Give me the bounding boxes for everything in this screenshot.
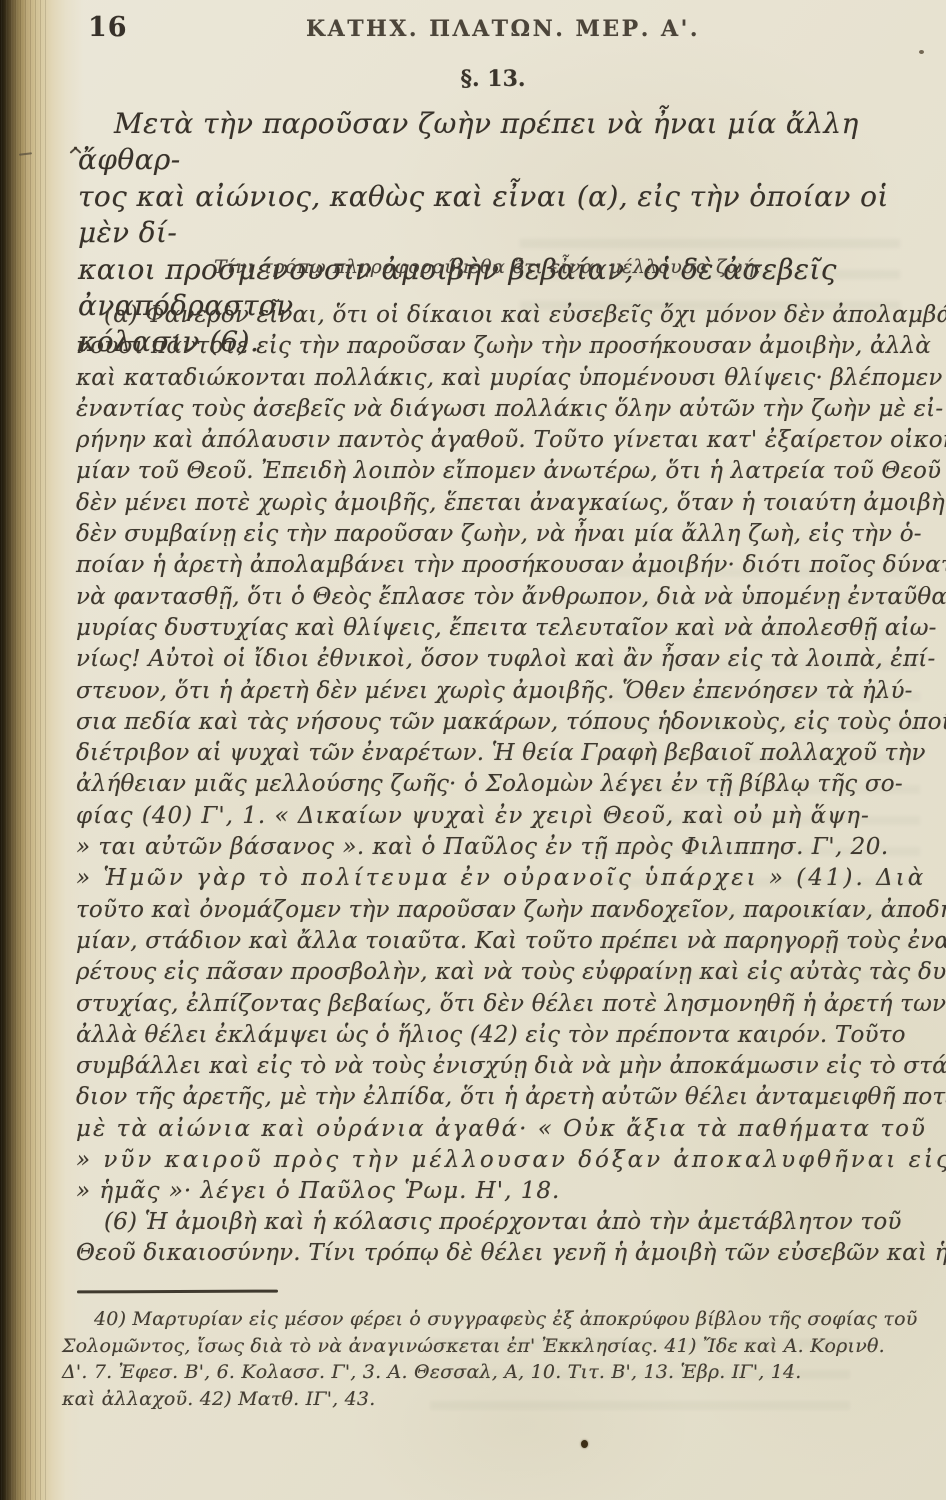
text-line: Θεοῦ δικαιοσύνην. Τίνι τρόπῳ δὲ θέλει γε…: [76, 1238, 924, 1269]
text-line: (6) Ἡ ἀμοιβὴ καὶ ἡ κόλασις προέρχονται ἀ…: [76, 1207, 924, 1238]
text-line: σια πεδία καὶ τὰς νήσους τῶν μακάρων, τό…: [76, 707, 924, 738]
text-line: συμβάλλει καὶ εἰς τὸ νὰ τοὺς ἐνισχύῃ διὰ…: [76, 1051, 924, 1082]
section-heading: §. 13.: [80, 66, 906, 92]
text-line: μὲ τὰ αἰώνια καὶ οὐράνια ἀγαθά· « Οὐκ ἄξ…: [76, 1114, 924, 1145]
catechism-question: Τίνι τρόπῳ πληροφορούμεθα ὅτι εἶναι μέλλ…: [90, 256, 886, 278]
text-line: καὶ καταδιώκονται πολλάκις, καὶ μυρίας ὑ…: [76, 363, 924, 394]
text-line: τοῦτο καὶ ὀνομάζομεν τὴν παροῦσαν ζωὴν π…: [76, 895, 924, 926]
text-line: » ἡμᾶς »· λέγει ὁ Παῦλος Ῥωμ. Η', 18.: [76, 1176, 924, 1207]
paragraph-b: (6) Ἡ ἀμοιβὴ καὶ ἡ κόλασις προέρχονται ἀ…: [76, 1207, 924, 1270]
text-line: ἀλλὰ θέλει ἐκλάμψει ὡς ὁ ἥλιος (42) εἰς …: [76, 1020, 924, 1051]
text-line: νουσι πάντοτε εἰς τὴν παροῦσαν ζωὴν τὴν …: [76, 331, 924, 362]
text-line: καὶ ἀλλαχοῦ. 42) Ματθ. ΙΓ', 43.: [62, 1386, 928, 1413]
text-line: ρέτους εἰς πᾶσαν προσβολὴν, καὶ νὰ τοὺς …: [76, 957, 924, 988]
text-line: δὲν μένει ποτὲ χωρὶς ἀμοιβῆς, ἕπεται ἀνα…: [76, 488, 924, 519]
text-line: ἀλήθειαν μιᾶς μελλούσης ζωῆς· ὁ Σολομὼν …: [76, 769, 924, 800]
text-line: στυχίας, ἐλπίζοντας βεβαίως, ὅτι δὲν θέλ…: [76, 989, 924, 1020]
text-line: Σολομῶντος, ἴσως διὰ τὸ νὰ ἀναγινώσκεται…: [62, 1333, 928, 1360]
text-line: Μετὰ τὴν παροῦσαν ζωὴν πρέπει νὰ ἦναι μί…: [78, 106, 916, 179]
text-line: φίας (40) Γ', 1. « Δικαίων ψυχαὶ ἐν χειρ…: [76, 801, 924, 832]
text-line: » νῦν καιροῦ πρὸς τὴν μέλλουσαν δόξαν ἀπ…: [76, 1145, 924, 1176]
text-line: διέτριβον αἱ ψυχαὶ τῶν ἐναρέτων. Ἡ θεία …: [76, 738, 924, 769]
book-binding-edge: [0, 0, 84, 1500]
text-line: ἐναντίας τοὺς ἀσεβεῖς νὰ διάγωσι πολλάκι…: [76, 394, 924, 425]
text-line: » ται αὐτῶν βάσανος ». καὶ ὁ Παῦλος ἐν τ…: [76, 832, 924, 863]
text-line: μίαν τοῦ Θεοῦ. Ἐπειδὴ λοιπὸν εἴπομεν ἀνω…: [76, 456, 924, 487]
text-line: νὰ φαντασθῇ, ὅτι ὁ Θεὸς ἔπλασε τὸν ἄνθρω…: [76, 582, 924, 613]
text-line: 40) Μαρτυρίαν εἰς μέσον φέρει ὁ συγγραφε…: [62, 1306, 928, 1333]
footnote-rule: [77, 1290, 278, 1294]
text-line: Δ'. 7. Ἐφεσ. Β', 6. Κολασσ. Γ', 3. Α. Θε…: [62, 1359, 928, 1386]
text-line: νίως! Αὐτοὶ οἱ ἴδιοι ἐθνικοὶ, ὅσον τυφλο…: [76, 644, 924, 675]
text-line: (α) Φανερὸν εἶναι, ὅτι οἱ δίκαιοι καὶ εὐ…: [76, 300, 924, 331]
running-header: ΚΑΤΗΧ. ΠΛΑΤΩΝ. ΜΕΡ. Α'.: [100, 16, 906, 42]
text-line: διον τῆς ἀρετῆς, μὲ τὴν ἐλπίδα, ὅτι ἡ ἀρ…: [76, 1082, 924, 1113]
paper-speck: [919, 50, 924, 54]
text-line: μυρίας δυστυχίας καὶ θλίψεις, ἔπειτα τελ…: [76, 613, 924, 644]
text-line: δὲν συμβαίνῃ εἰς τὴν παροῦσαν ζωὴν, νὰ ἦ…: [76, 519, 924, 550]
text-line: ρήνην καὶ ἀπόλαυσιν παντὸς ἀγαθοῦ. Τοῦτο…: [76, 425, 924, 456]
text-line: ποίαν ἡ ἀρετὴ ἀπολαμβάνει τὴν προσήκουσα…: [76, 550, 924, 581]
answer-paragraph-a: (α) Φανερὸν εἶναι, ὅτι οἱ δίκαιοι καὶ εὐ…: [76, 300, 924, 1208]
scanned-book-page: 16 ΚΑΤΗΧ. ΠΛΑΤΩΝ. ΜΕΡ. Α'. §. 13. Μετὰ τ…: [0, 0, 946, 1500]
text-line: στευον, ὅτι ἡ ἀρετὴ δὲν μένει χωρὶς ἀμοι…: [76, 676, 924, 707]
text-line: » Ἡμῶν γὰρ τὸ πολίτευμα ἐν οὐρανοῖς ὑπάρ…: [76, 863, 924, 894]
text-line: τος καὶ αἰώνιος, καθὼς καὶ εἶναι (α), εἰ…: [78, 179, 916, 252]
pencil-caret-mark: [69, 146, 81, 156]
ink-spot: [581, 1440, 588, 1448]
footnotes-block: 40) Μαρτυρίαν εἰς μέσον φέρει ὁ συγγραφε…: [62, 1306, 928, 1412]
text-line: μίαν, στάδιον καὶ ἄλλα τοιαῦτα. Καὶ τοῦτ…: [76, 926, 924, 957]
